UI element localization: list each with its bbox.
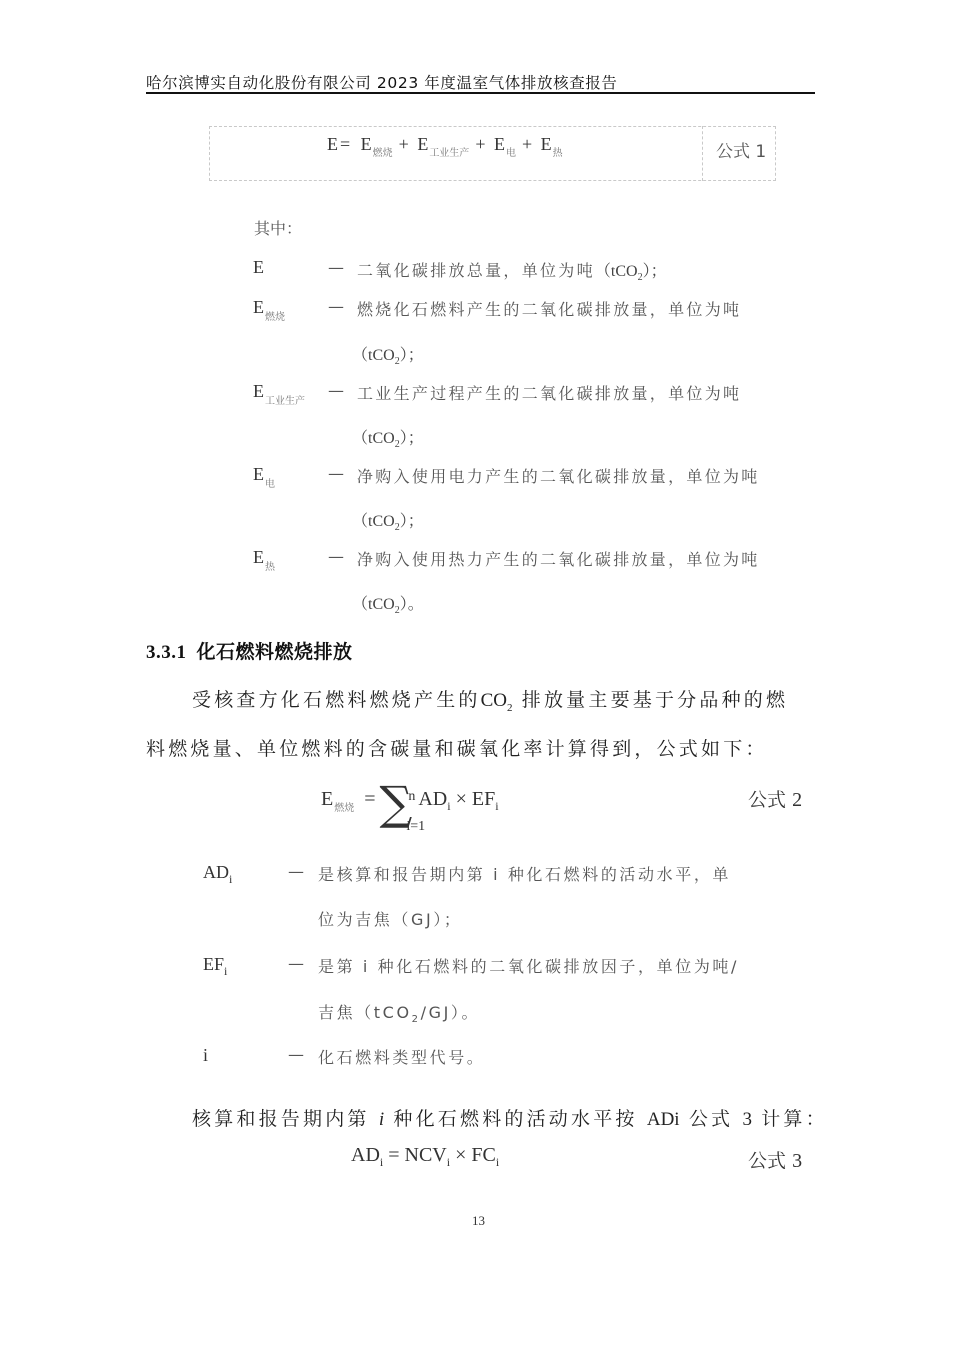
term-fc: FC bbox=[471, 1144, 495, 1166]
symbol: E bbox=[253, 297, 264, 317]
section-heading: 3.3.1化石燃料燃烧排放 bbox=[146, 637, 353, 664]
formula-1-term: E bbox=[541, 134, 552, 154]
formula-1-term: E bbox=[361, 134, 372, 154]
def-symbol-e-heat: E热 bbox=[253, 547, 275, 573]
term-ncv: NCV bbox=[405, 1144, 447, 1166]
label-text: 公式 bbox=[748, 789, 786, 811]
unit-post: ）； bbox=[400, 347, 424, 364]
def-dash: — bbox=[328, 547, 344, 566]
def-dash: — bbox=[288, 862, 304, 881]
sub: i bbox=[495, 799, 498, 813]
def-text-i: 化石燃料类型代号。 bbox=[318, 1045, 485, 1068]
sub: 2 bbox=[507, 702, 513, 714]
lower-limit: i=1 bbox=[406, 819, 425, 835]
sub: i bbox=[496, 1155, 499, 1169]
formula-2: E燃烧=∑ni=1ADi × EFi bbox=[321, 776, 499, 830]
section-title: 化石燃料燃烧排放 bbox=[197, 641, 353, 663]
term-ef: EF bbox=[472, 788, 495, 810]
label-num: 2 bbox=[792, 789, 802, 811]
lhs: E bbox=[321, 788, 333, 810]
def-unit-e-combustion: （tCO2）； bbox=[352, 342, 424, 367]
def-symbol-ad: ADi bbox=[203, 862, 232, 887]
sub: i bbox=[380, 1155, 383, 1169]
symbol: E bbox=[253, 464, 264, 484]
paragraph-1-line-2: 料燃烧量、单位燃料的含碳量和碳氧化率计算得到，公式如下： bbox=[146, 734, 768, 761]
report-header-title: 哈尔滨博实自动化股份有限公司 2023 年度温室气体排放核查报告 bbox=[146, 71, 618, 93]
def-dash: — bbox=[288, 1045, 304, 1064]
def-text-ef-line2: 吉焦（tCO2/GJ）。 bbox=[318, 1000, 480, 1025]
definitions-intro: 其中： bbox=[254, 216, 302, 239]
symbol: EF bbox=[203, 954, 224, 974]
symbol: AD bbox=[203, 862, 229, 882]
unit-pre: （tCO bbox=[595, 263, 638, 280]
def-line: 二氧化碳排放总量，单位为吨 bbox=[357, 261, 595, 280]
def-unit-e-electricity: （tCO2）； bbox=[352, 508, 424, 533]
times: × bbox=[456, 788, 467, 810]
formula-3-label: 公式 3 bbox=[748, 1146, 802, 1173]
sub: i bbox=[447, 799, 450, 813]
formula-1-sub: 热 bbox=[553, 148, 563, 159]
def-symbol-e-industrial: E工业生产 bbox=[253, 381, 305, 407]
eq: = bbox=[364, 788, 375, 810]
def-symbol-e-electricity: E电 bbox=[253, 464, 275, 490]
def-symbol-ef: EFi bbox=[203, 954, 227, 979]
def-symbol-e: E bbox=[253, 257, 264, 278]
formula-1-eq: = bbox=[340, 134, 350, 154]
def-symbol-i: i bbox=[203, 1045, 208, 1066]
formula-1: E= E燃烧+ E工业生产+ E电+ E热 bbox=[327, 134, 569, 159]
def-text-e-electricity: 净购入使用电力产生的二氧化碳排放量，单位为吨 bbox=[357, 464, 760, 487]
def-symbol-e-combustion: E燃烧 bbox=[253, 297, 285, 323]
def-text-ad: 是核算和报告期内第 i 种化石燃料的活动水平，单 bbox=[318, 862, 731, 885]
unit-pre: （tCO bbox=[352, 596, 395, 613]
unit-post: ）； bbox=[643, 263, 667, 280]
def-unit-e-heat: （tCO2）。 bbox=[352, 591, 424, 616]
def-text-e-industrial: 工业生产过程产生的二氧化碳排放量，单位为吨 bbox=[357, 381, 741, 404]
unit-post: ）。 bbox=[400, 596, 424, 613]
unit-pre: （tCO bbox=[352, 347, 395, 364]
num: 3 bbox=[742, 1109, 752, 1130]
text: 排放量主要基于分品种的燃 bbox=[522, 689, 788, 711]
paragraph-2: 核算和报告期内第 i 种化石燃料的活动水平按 ADi 公式 3 计算： bbox=[192, 1104, 828, 1131]
plus-sign: + bbox=[522, 134, 532, 154]
def-text-ad-line2: 位为吉焦（GJ）； bbox=[318, 907, 463, 930]
symbol-sub: 电 bbox=[265, 479, 275, 490]
unit-pre: （tCO bbox=[352, 513, 395, 530]
formula-1-sub: 燃烧 bbox=[373, 148, 393, 159]
symbol: E bbox=[253, 547, 264, 567]
text: 计算： bbox=[761, 1108, 828, 1130]
text: 公式 bbox=[689, 1108, 733, 1130]
sub: i bbox=[229, 872, 232, 886]
label-text: 公式 bbox=[748, 1150, 786, 1172]
upper-limit: n bbox=[408, 789, 415, 805]
formula-1-term: E bbox=[417, 134, 428, 154]
sub: 2 bbox=[412, 1014, 421, 1025]
formula-3: ADi = NCVi × FCi bbox=[351, 1144, 499, 1170]
formula-1-divider bbox=[702, 126, 703, 181]
paragraph-1-line-1: 受核查方化石燃料燃烧产生的CO2 排放量主要基于分品种的燃 bbox=[192, 685, 788, 714]
formula-1-sub: 工业生产 bbox=[429, 148, 469, 159]
def-unit-e-industrial: （tCO2）； bbox=[352, 425, 424, 450]
text: 吉焦（tCO bbox=[318, 1003, 412, 1022]
sub: i bbox=[224, 964, 227, 978]
def-dash: — bbox=[288, 954, 304, 973]
term-ad: AD bbox=[351, 1144, 380, 1166]
symbol-sub: 工业生产 bbox=[265, 396, 305, 407]
def-dash: — bbox=[328, 258, 344, 277]
sub: i bbox=[447, 1155, 450, 1169]
def-text-ef: 是第 i 种化石燃料的二氧化碳排放因子，单位为吨/ bbox=[318, 954, 739, 977]
co: CO bbox=[481, 690, 507, 711]
symbol: E bbox=[253, 381, 264, 401]
unit-post: ）； bbox=[400, 513, 424, 530]
eq: = bbox=[388, 1144, 399, 1166]
text: 种化石燃料的活动水平按 bbox=[393, 1108, 637, 1130]
formula-1-sub: 电 bbox=[506, 148, 516, 159]
text: 受核查方化石燃料燃烧产生的 bbox=[192, 689, 481, 711]
formula-1-lhs: E bbox=[327, 134, 338, 154]
text: 核算和报告期内第 bbox=[192, 1108, 370, 1130]
unit: （tCO2）； bbox=[595, 263, 667, 280]
symbol-sub: 热 bbox=[265, 562, 275, 573]
text: /GJ）。 bbox=[421, 1003, 481, 1022]
def-dash: — bbox=[328, 464, 344, 483]
def-dash: — bbox=[328, 297, 344, 316]
def-text-e-combustion: 燃烧化石燃料产生的二氧化碳排放量，单位为吨 bbox=[357, 297, 741, 320]
plus-sign: + bbox=[399, 134, 409, 154]
section-number: 3.3.1 bbox=[146, 642, 187, 663]
term-ad: AD bbox=[418, 788, 447, 810]
symbol: E bbox=[253, 257, 264, 277]
unit-pre: （tCO bbox=[352, 430, 395, 447]
adi: ADi bbox=[647, 1109, 680, 1130]
header-rule bbox=[146, 92, 815, 94]
def-text-e-heat: 净购入使用热力产生的二氧化碳排放量，单位为吨 bbox=[357, 547, 760, 570]
formula-1-label: 公式 1 bbox=[716, 137, 766, 162]
lhs-sub: 燃烧 bbox=[334, 803, 354, 814]
unit-post: ）； bbox=[400, 430, 424, 447]
plus-sign: + bbox=[475, 134, 485, 154]
co2: CO2 bbox=[481, 690, 513, 711]
formula-1-term: E bbox=[494, 134, 505, 154]
formula-2-label: 公式 2 bbox=[748, 785, 802, 812]
symbol-sub: 燃烧 bbox=[265, 312, 285, 323]
def-text-e: 二氧化碳排放总量，单位为吨（tCO2）； bbox=[357, 258, 667, 283]
page-number: 13 bbox=[472, 1213, 485, 1229]
times: × bbox=[455, 1144, 466, 1166]
label-num: 3 bbox=[792, 1150, 802, 1172]
def-dash: — bbox=[328, 381, 344, 400]
italic-i: i bbox=[379, 1109, 384, 1130]
